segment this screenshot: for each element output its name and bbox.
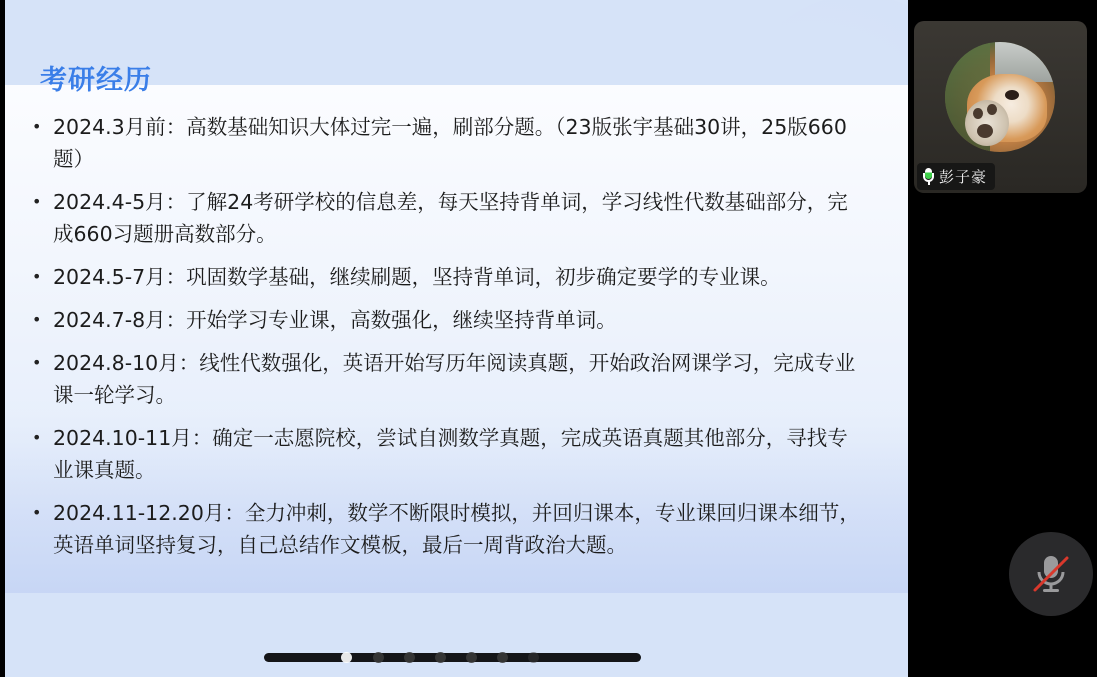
page-dot[interactable] <box>341 652 352 663</box>
participant-avatar <box>945 42 1055 152</box>
page-dot[interactable] <box>497 652 508 663</box>
timeline-item: • 2024.7-8月：开始学习专业课，高数强化，继续坚持背单词。 <box>32 304 862 336</box>
timeline-item-text: 2024.3月前：高数基础知识大体过完一遍，刷部分题。（23版张宇基础30讲，2… <box>53 115 847 171</box>
slide-title: 考研经历 <box>40 58 152 97</box>
page-dot[interactable] <box>528 652 539 663</box>
participant-name: 彭子豪 <box>939 166 987 187</box>
bullet-icon: • <box>32 422 41 454</box>
page-indicator-bar[interactable] <box>264 653 641 662</box>
timeline-item-text: 2024.7-8月：开始学习专业课，高数强化，继续坚持背单词。 <box>53 308 617 332</box>
page-dot[interactable] <box>373 652 384 663</box>
timeline-item: • 2024.5-7月：巩固数学基础，继续刷题，坚持背单词，初步确定要学的专业课… <box>32 261 862 293</box>
timeline-list: • 2024.3月前：高数基础知识大体过完一遍，刷部分题。（23版张宇基础30讲… <box>32 111 862 572</box>
page-dot[interactable] <box>404 652 415 663</box>
page-dot[interactable] <box>435 652 446 663</box>
bullet-icon: • <box>32 347 41 379</box>
participant-video-tile[interactable]: 彭子豪 <box>914 21 1087 193</box>
timeline-item-text: 2024.8-10月：线性代数强化，英语开始写历年阅读真题，开始政治网课学习，完… <box>53 351 855 407</box>
timeline-item: • 2024.3月前：高数基础知识大体过完一遍，刷部分题。（23版张宇基础30讲… <box>32 111 858 175</box>
bullet-icon: • <box>32 261 41 293</box>
mute-toggle-button[interactable] <box>1009 532 1093 616</box>
bullet-icon: • <box>32 497 41 529</box>
timeline-item-text: 2024.5-7月：巩固数学基础，继续刷题，坚持背单词，初步确定要学的专业课。 <box>53 265 781 289</box>
mic-muted-icon <box>1031 552 1071 596</box>
timeline-item-text: 2024.4-5月：了解24考研学校的信息差，每天坚持背单词，学习线性代数基础部… <box>53 190 848 246</box>
timeline-item: • 2024.8-10月：线性代数强化，英语开始写历年阅读真题，开始政治网课学习… <box>32 347 862 411</box>
timeline-item: • 2024.4-5月：了解24考研学校的信息差，每天坚持背单词，学习线性代数基… <box>32 186 862 250</box>
bullet-icon: • <box>32 111 41 143</box>
participant-name-label: 彭子豪 <box>917 163 995 190</box>
timeline-item: • 2024.11-12.20月：全力冲刺，数学不断限时模拟，并回归课本，专业课… <box>32 497 862 561</box>
timeline-item: • 2024.10-11月：确定一志愿院校，尝试自测数学真题，完成英语真题其他部… <box>32 422 862 486</box>
avatar-dog-paw <box>965 100 1009 146</box>
page-dot[interactable] <box>466 652 477 663</box>
shared-slide: 考研经历 • 2024.3月前：高数基础知识大体过完一遍，刷部分题。（23版张宇… <box>5 0 908 677</box>
bullet-icon: • <box>32 186 41 218</box>
avatar-dog-nose <box>1005 90 1019 100</box>
timeline-item-text: 2024.11-12.20月：全力冲刺，数学不断限时模拟，并回归课本，专业课回归… <box>53 501 860 557</box>
timeline-item-text: 2024.10-11月：确定一志愿院校，尝试自测数学真题，完成英语真题其他部分，… <box>53 426 848 482</box>
mic-active-icon <box>923 168 933 186</box>
bullet-icon: • <box>32 304 41 336</box>
